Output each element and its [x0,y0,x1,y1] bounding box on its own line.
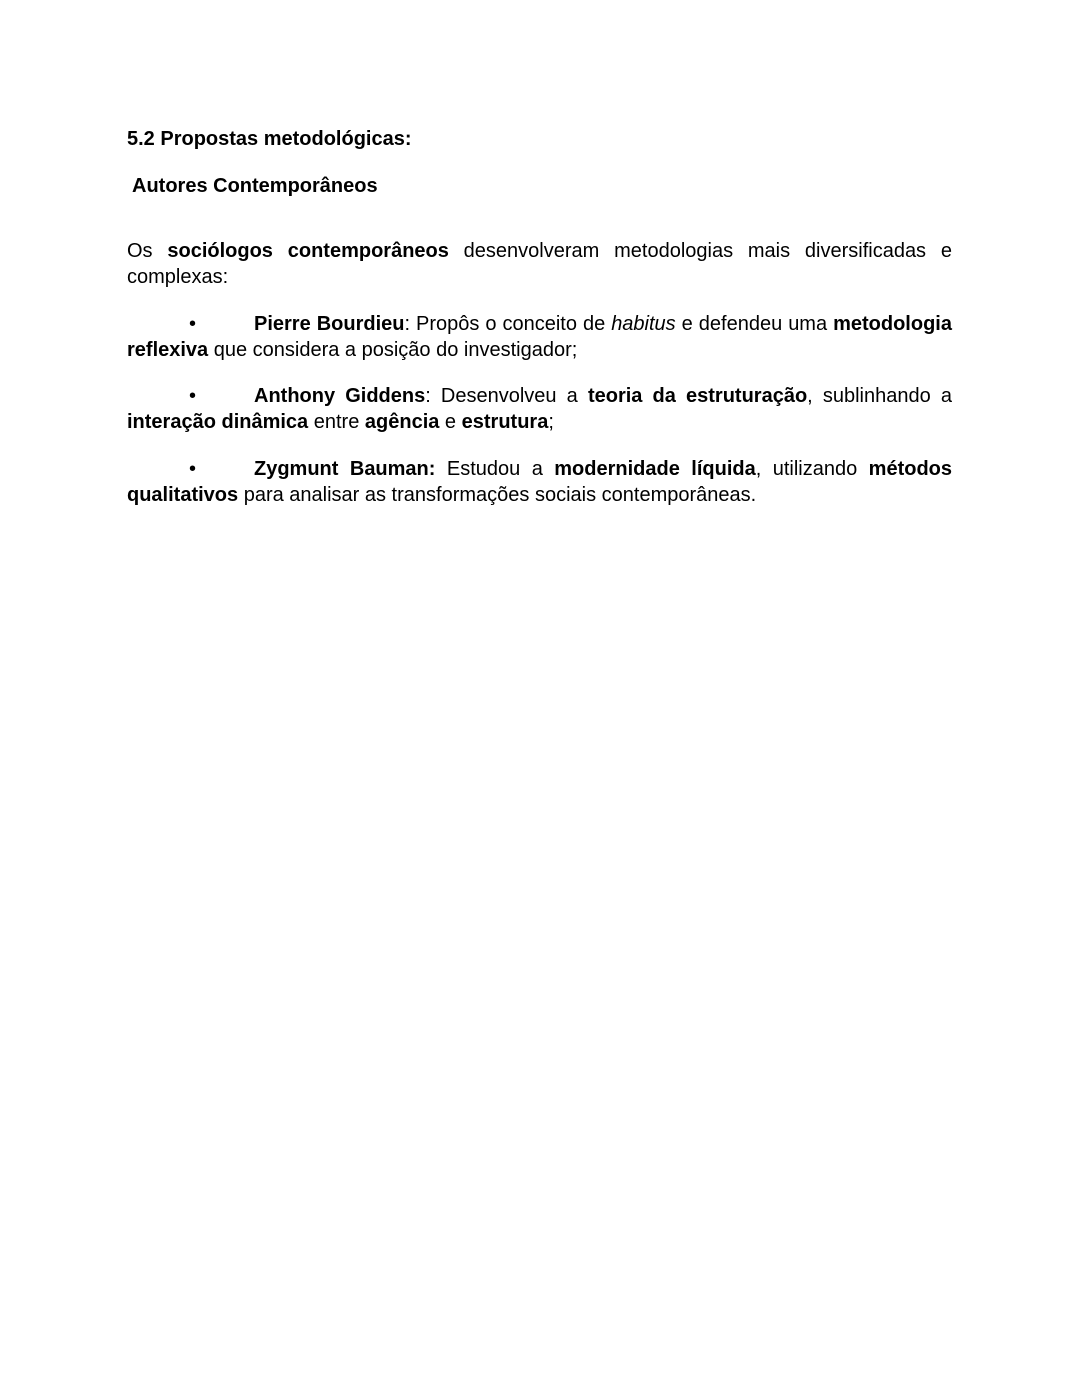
text-run: Estudou a [435,458,554,480]
text-run: : Propôs o conceito de [404,313,611,335]
text-run: , utilizando [756,458,869,480]
section-subheading: Autores Contemporâneos [132,174,378,198]
bold-text-run: modernidade líquida [554,458,755,480]
bold-text-run: sociólogos contemporâneos [167,240,449,262]
bold-text-run: agência [365,411,439,433]
bold-text-run: Pierre Bourdieu [254,313,404,335]
text-run: , sublinhando a [807,385,952,407]
section-heading: 5.2 Propostas metodológicas: [127,127,412,151]
bold-text-run: Zygmunt Bauman: [254,458,435,480]
text-run: ; [548,411,554,433]
text-run: entre [308,411,365,433]
bullet-icon: • [127,312,254,338]
italic-text-run: habitus [611,313,676,335]
text-run: Os [127,240,167,262]
text-run: e [439,411,461,433]
bold-text-run: estrutura [462,411,549,433]
text-run: e defendeu uma [676,313,833,335]
bullet-icon: • [127,457,254,483]
list-item-giddens: •Anthony Giddens: Desenvolveu a teoria d… [127,384,952,435]
bold-text-run: teoria da estruturação [588,385,807,407]
bold-text-run: interação dinâmica [127,411,308,433]
intro-paragraph: Os sociólogos contemporâneos desenvolver… [127,239,952,290]
text-run: : Desenvolveu a [425,385,588,407]
bullet-icon: • [127,384,254,410]
list-item-bourdieu: •Pierre Bourdieu: Propôs o conceito de h… [127,312,952,363]
bold-text-run: Anthony Giddens [254,385,425,407]
text-run: para analisar as transformações sociais … [238,484,756,506]
list-item-bauman: •Zygmunt Bauman: Estudou a modernidade l… [127,457,952,508]
text-run: que considera a posição do investigador; [208,339,577,361]
